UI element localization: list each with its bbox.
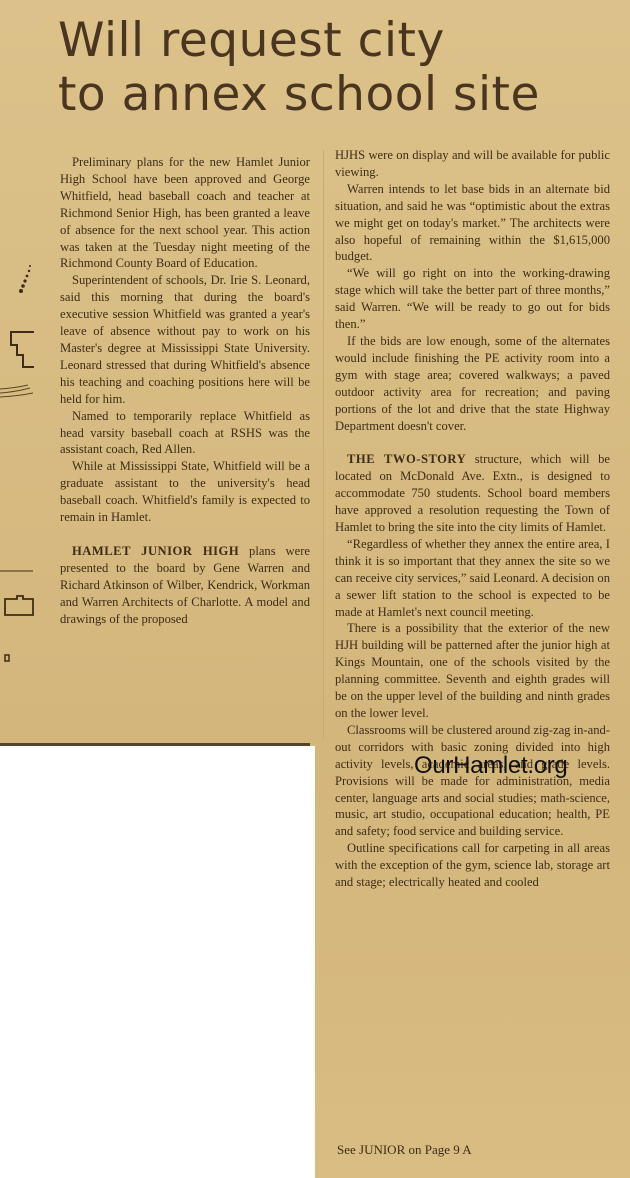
margin-rule-mark	[0, 565, 36, 577]
article-headline: Will request city to annex school site	[58, 14, 628, 122]
headline-line-1: Will request city	[58, 14, 628, 68]
paragraph: While at Mississippi State, Whitfield wi…	[60, 458, 310, 526]
section-paragraph: THE TWO-STORY structure, which will be l…	[335, 451, 610, 536]
paragraph: Named to temporarily replace Whitfield a…	[60, 408, 310, 459]
article-column-1: Preliminary plans for the new Hamlet Jun…	[60, 154, 310, 627]
headline-line-2: to annex school site	[58, 68, 628, 122]
paragraph: If the bids are low enough, some of the …	[335, 333, 610, 434]
section-lead-in: THE TWO-STORY	[347, 452, 466, 466]
paragraph: Superintendent of schools, Dr. Irie S. L…	[60, 272, 310, 407]
paragraph: “We will go right on into the working-dr…	[335, 265, 610, 333]
jump-line: See JUNIOR on Page 9 A	[337, 1142, 472, 1158]
section-paragraph: HAMLET JUNIOR HIGH plans were presented …	[60, 543, 310, 628]
paragraph: Outline specifications call for carpetin…	[335, 840, 610, 891]
paragraph: Classrooms will be clustered around zig-…	[335, 722, 610, 840]
clipping-bottom-rule	[0, 743, 310, 746]
section-lead-in: HAMLET JUNIOR HIGH	[72, 544, 239, 558]
paragraph: There is a possibility that the exterior…	[335, 620, 610, 721]
watermark: OurHamlet.org	[414, 752, 567, 780]
margin-step-mark	[0, 330, 40, 425]
margin-box-mark	[3, 595, 35, 625]
paragraph: HJHS were on display and will be availab…	[335, 147, 610, 181]
paragraph: Warren intends to let base bids in an al…	[335, 181, 610, 266]
margin-small-square-mark	[4, 654, 12, 664]
column-divider	[323, 150, 324, 740]
paragraph: Preliminary plans for the new Hamlet Jun…	[60, 154, 310, 272]
margin-dots-mark	[16, 255, 36, 295]
paragraph: “Regardless of whether they annex the en…	[335, 536, 610, 621]
